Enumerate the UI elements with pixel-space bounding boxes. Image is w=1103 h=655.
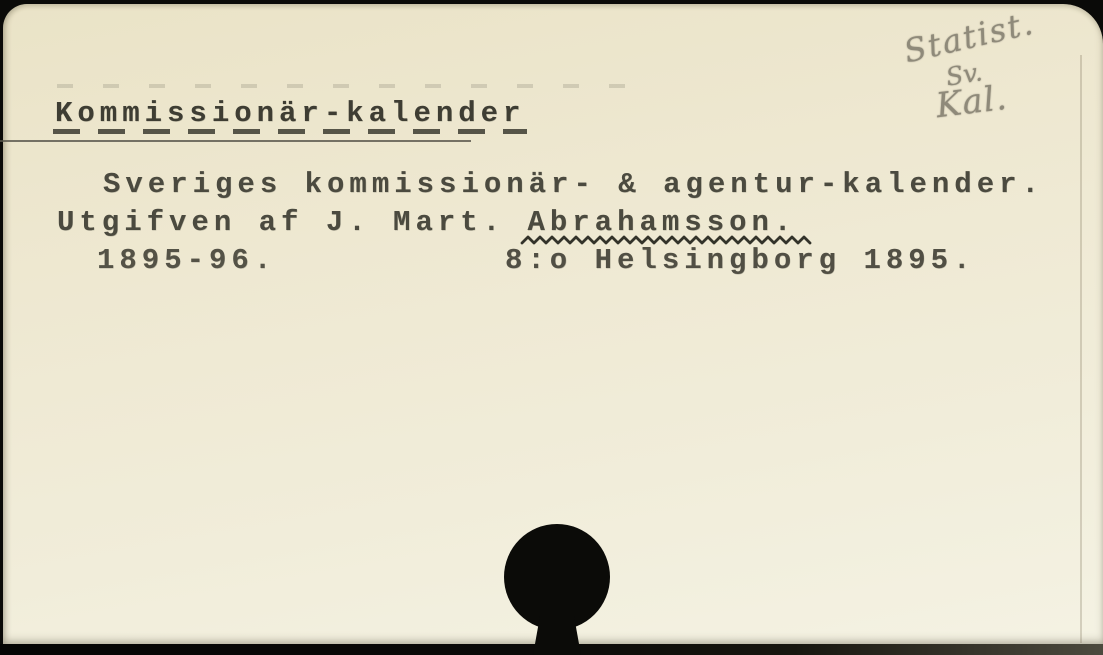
entry-title-line: Sveriges kommissionär- & agentur-kalende…: [103, 168, 1044, 203]
entry-author-name: Abrahamsson.: [527, 206, 796, 241]
entry-editor-prefix: Utgifven af J. Mart.: [57, 206, 527, 239]
ghost-dash-impressions: [57, 84, 637, 88]
entry-imprint: 8:o Helsingborg 1895.: [505, 244, 975, 279]
title-rule-line: [0, 140, 471, 142]
keyhole-punch-hole: [495, 520, 625, 655]
title-dashed-underline: [53, 129, 527, 134]
card-title: Kommissionär-kalender: [55, 97, 525, 132]
entry-years: 1895-96.: [97, 244, 276, 279]
entry-editor-line: Utgifven af J. Mart. Abrahamsson.: [57, 206, 796, 241]
pencil-note-line-3: Kal.: [934, 78, 1010, 126]
scanned-catalog-card-page: Kommissionär-kalender Statist. Sv. Kal. …: [0, 0, 1103, 655]
entry-author-text: Abrahamsson.: [527, 206, 796, 239]
